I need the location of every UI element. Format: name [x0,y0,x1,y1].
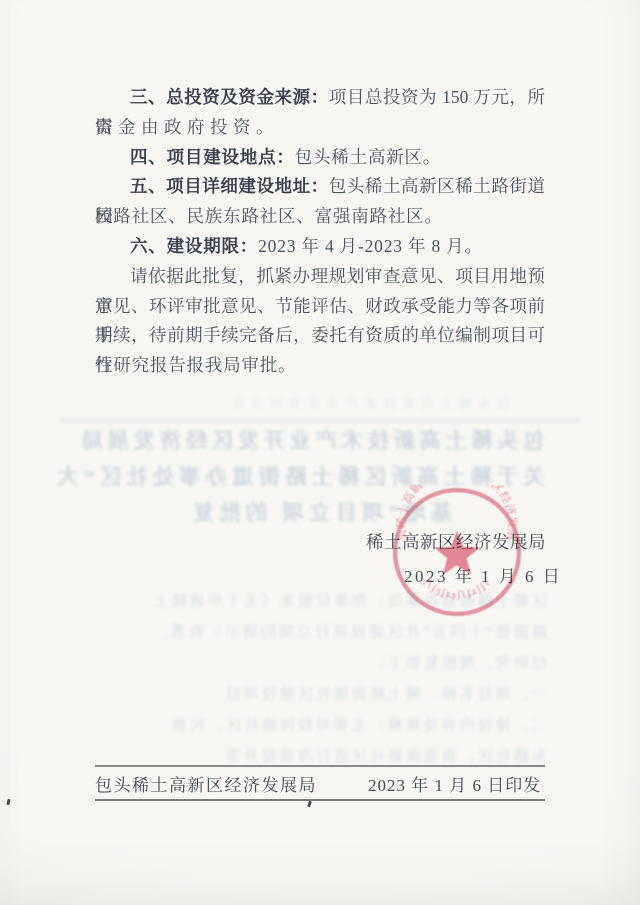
footer-rule-bottom [95,799,545,801]
body-line: 五、项目详细建设地址：包头稀土高新区稀土路街道校 [95,172,545,202]
bleedthrough-line: 一、项目名称：稀土路街道社区建设项目 [95,679,547,710]
footer-issuer: 包头稀土高新区经济发展局 [95,771,317,796]
body-line: 性研究报告报我局审批。 [95,351,545,381]
body-line-text: 资金由政府投资。 [95,117,279,137]
body-line: 园路社区、民族东路社区、富强南路社区。 [95,202,545,232]
body-line-text: 包头稀土高新区。 [295,147,441,167]
footer-rule-top [95,765,545,767]
body-line-text: 园路社区、民族东路社区、富强南路社区。 [95,206,443,226]
body-line: 资金由政府投资。 [95,113,545,143]
footer-print-date: 2023 年 1 月 6 日印发 [368,771,541,796]
bleedthrough-line: 路街道“十四五”社区建设项目立项的请示》收悉， [95,617,547,648]
body-line-text: 2023 年 4 月-2023 年 8 月。 [258,236,483,256]
seal-arc-text: 包头稀土高新技术产业开发区经济发展局 [390,485,520,543]
bleedthrough-title-line: 包头稀土高新技术产业开发区经济发展局 [95,424,545,455]
document-body: 三、总投资及资金来源：项目总投资为 150 万元，所需资金由政府投资。四、项目建… [95,83,545,381]
bleedthrough-header-line: 包头稀土高新技术产业开发区文件 [130,393,510,412]
bleedthrough-line: 东路社区、富强南路社区进行改造提升等 [95,741,547,772]
body-line: 三、总投资及资金来源：项目总投资为 150 万元，所需 [95,83,545,113]
bleedthrough-line: 经研究，现批复如下： [95,648,547,679]
bleedthrough-line: 二、建设内容及规模：主要对校园路社区、民族 [95,710,547,741]
official-seal: 包头稀土高新技术产业开发区经济发展局 ʃʅʄʒʆʑʂʃʅʄʑʃʆʅ [390,485,524,619]
body-line-heading: 三、总投资及资金来源： [130,87,329,107]
body-line-text: 性研究报告报我局审批。 [95,355,296,375]
body-line-heading: 五、项目详细建设地址： [130,176,329,196]
body-line: 六、建设期限：2023 年 4 月-2023 年 8 月。 [95,232,545,262]
scan-speck [6,799,10,806]
body-line: 请依据此批复，抓紧办理规划审查意见、项目用地预审 [95,262,545,292]
body-line-heading: 六、建设期限： [130,236,258,256]
body-line: 四、项目建设地点：包头稀土高新区。 [95,143,545,173]
scanned-document-page: 包头稀土高新技术产业开发区文件 包头稀土高新技术产业开发区经济发展局 关于稀土高… [0,0,640,905]
seal-mongolian-script: ʃʅʄʒʆʑʂʃʅʄʑʃʆʅ [420,576,493,601]
body-line: 手续，待前期手续完备后，委托有资质的单位编制项目可行 [95,321,545,351]
scan-streak [60,419,580,422]
body-line: 意见、环评审批意见、节能评估、财政承受能力等各项前期 [95,292,545,322]
body-line-heading: 四、项目建设地点： [130,147,295,167]
scan-speck [307,801,312,808]
seal-star-icon [434,531,480,575]
